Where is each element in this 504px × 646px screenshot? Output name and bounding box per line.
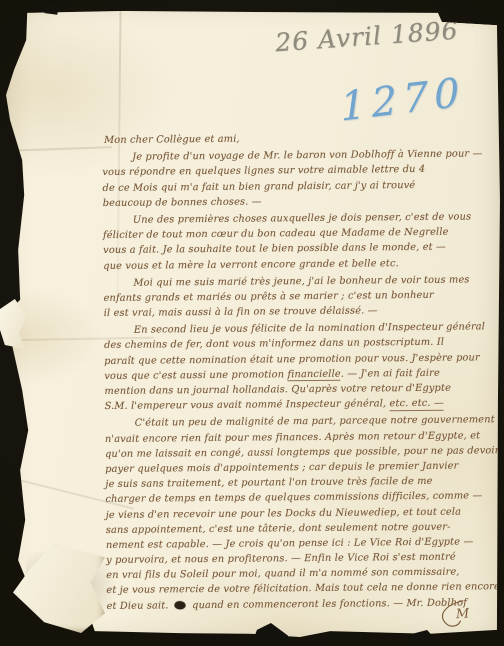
- paragraph: C'était un peu de malignité de ma part, …: [105, 413, 504, 614]
- ink-blot: [175, 601, 186, 609]
- pencil-date: 26 Avril 1896: [274, 15, 485, 57]
- line-text: vous que c'est aussi une promotion: [104, 369, 287, 382]
- letter-body: Mon cher Collègue et ami, Je profite d'u…: [102, 129, 504, 614]
- letter-line: il est vrai, mais aussi à la fin on se t…: [104, 302, 502, 321]
- letter-line: beaucoup de bonnes choses. —: [103, 192, 501, 211]
- archive-number: 1270: [339, 72, 466, 127]
- line-text: et Dieu sait.: [106, 600, 171, 612]
- paragraph: En second lieu je vous félicite de la no…: [104, 319, 503, 414]
- line-text: S.M. l'empereur vous avait nommé Inspect…: [105, 398, 390, 412]
- backdrop-notch: [44, 3, 58, 15]
- underlined-word: financielle: [287, 369, 340, 382]
- photo-backdrop: 26 Avril 1896 1270 Mon cher Collègue et …: [0, 0, 504, 646]
- line-text: quand en commenceront les fonctions. — M…: [189, 597, 467, 611]
- signature: M: [435, 598, 485, 631]
- line-text: . — J'en ai fait faire: [341, 368, 440, 380]
- signature-initial: M: [456, 607, 470, 621]
- letter-line: S.M. l'empereur vous avait nommé Inspect…: [105, 395, 503, 414]
- paragraph: Moi qui me suis marié très jeune, j'ai l…: [103, 272, 501, 321]
- salutation: Mon cher Collègue et ami,: [102, 129, 500, 148]
- paragraph: Une des premières choses auxquelles je d…: [103, 209, 502, 274]
- underlined-word: etc. etc. —: [389, 398, 443, 411]
- paper-crease: [8, 146, 112, 152]
- paragraph: Je profite d'un voyage de Mr. le baron v…: [102, 146, 501, 211]
- letter-line: que vous et la mère la verront encore gr…: [103, 255, 501, 274]
